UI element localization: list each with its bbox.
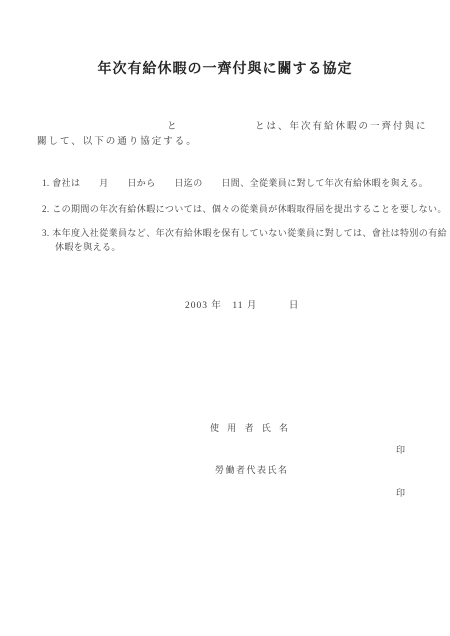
date-line: 2003 年 11 月 日	[185, 297, 299, 311]
worker-representative-seal-mark: 印	[396, 486, 405, 499]
clause-2: 2. この期間の年次有給休暇については、個々の從業員が休暇取得屆を提出することを…	[42, 202, 447, 215]
employer-name-label: 使 用 者 氏 名	[210, 421, 291, 434]
clause-1: 1. 會社は 月 日から 日迄の 日間、全從業員に對して年次有給休暇を與える。	[42, 176, 428, 189]
clause-3-line2: 休暇を與える。	[55, 240, 121, 253]
clause-3-line1: 3. 本年度入社從業員など、年次有給休暇を保有していない從業員に對しては、會社は…	[42, 226, 447, 239]
agreement-document-page: 年次有給休暇の一齊付與に關する協定 と とは、年次有給休暇の一齊付與に 關して、…	[0, 0, 450, 636]
preamble-line2: 關して、以下の通り協定する。	[37, 133, 198, 147]
preamble-particle-to: と	[167, 118, 179, 132]
preamble-line1: とは、年次有給休暇の一齊付與に	[255, 118, 428, 132]
employer-seal-mark: 印	[396, 443, 405, 456]
document-title: 年次有給休暇の一齊付與に關する協定	[0, 58, 450, 78]
worker-representative-name-label: 勞働者代表氏名	[215, 463, 289, 476]
